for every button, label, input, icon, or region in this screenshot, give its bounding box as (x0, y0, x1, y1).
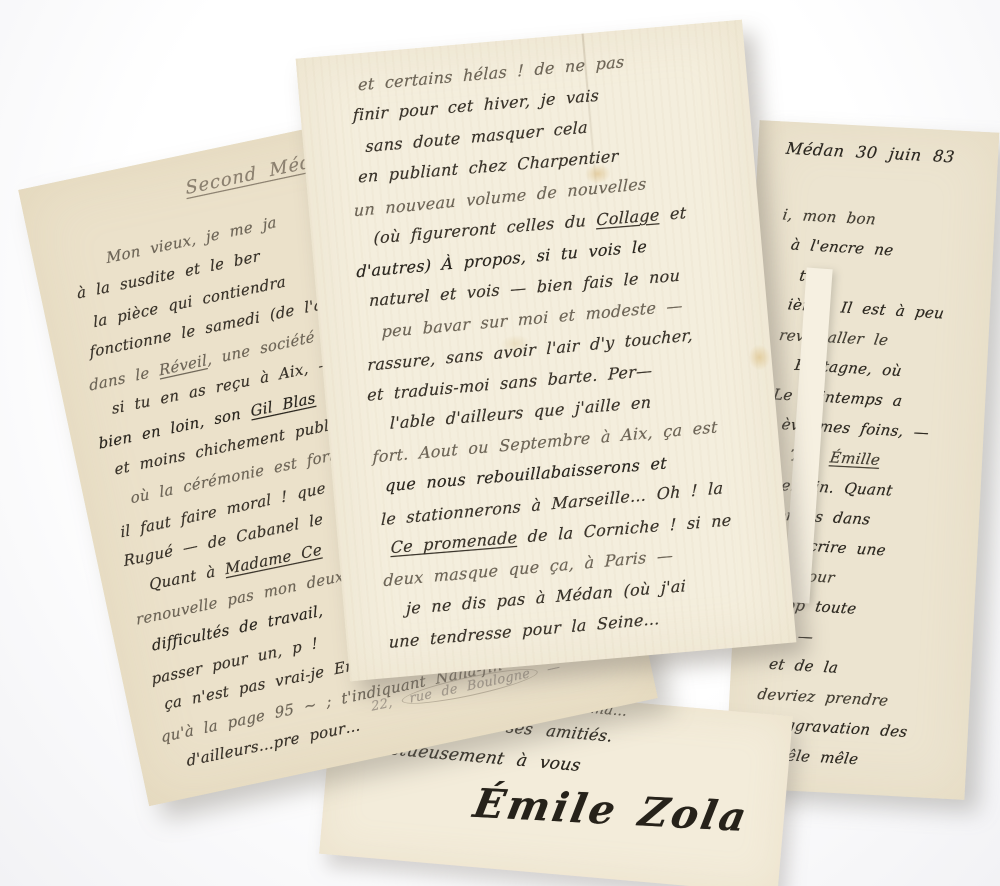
letter-body-right: i, mon bonà l'encre net.ième. Il est à p… (754, 200, 986, 780)
letter-body-middle: et certains hélas ! de ne pasfinir pour … (339, 36, 787, 657)
handwriting-text: et (659, 203, 686, 224)
underlined-word: Collage (596, 205, 660, 229)
underlined-word: Ce promenade (390, 528, 517, 557)
zola-signature: Émile Zola (470, 780, 753, 841)
underlined-word: Émille (829, 448, 882, 469)
letter-page-middle: et certains hélas ! de ne pasfinir pour … (296, 20, 797, 682)
photo-of-three-handwritten-letters: Médan 30 juin 83 i, mon bonà l'encre net… (0, 0, 1000, 886)
letter-date: Médan 30 juin 83 (785, 138, 990, 170)
